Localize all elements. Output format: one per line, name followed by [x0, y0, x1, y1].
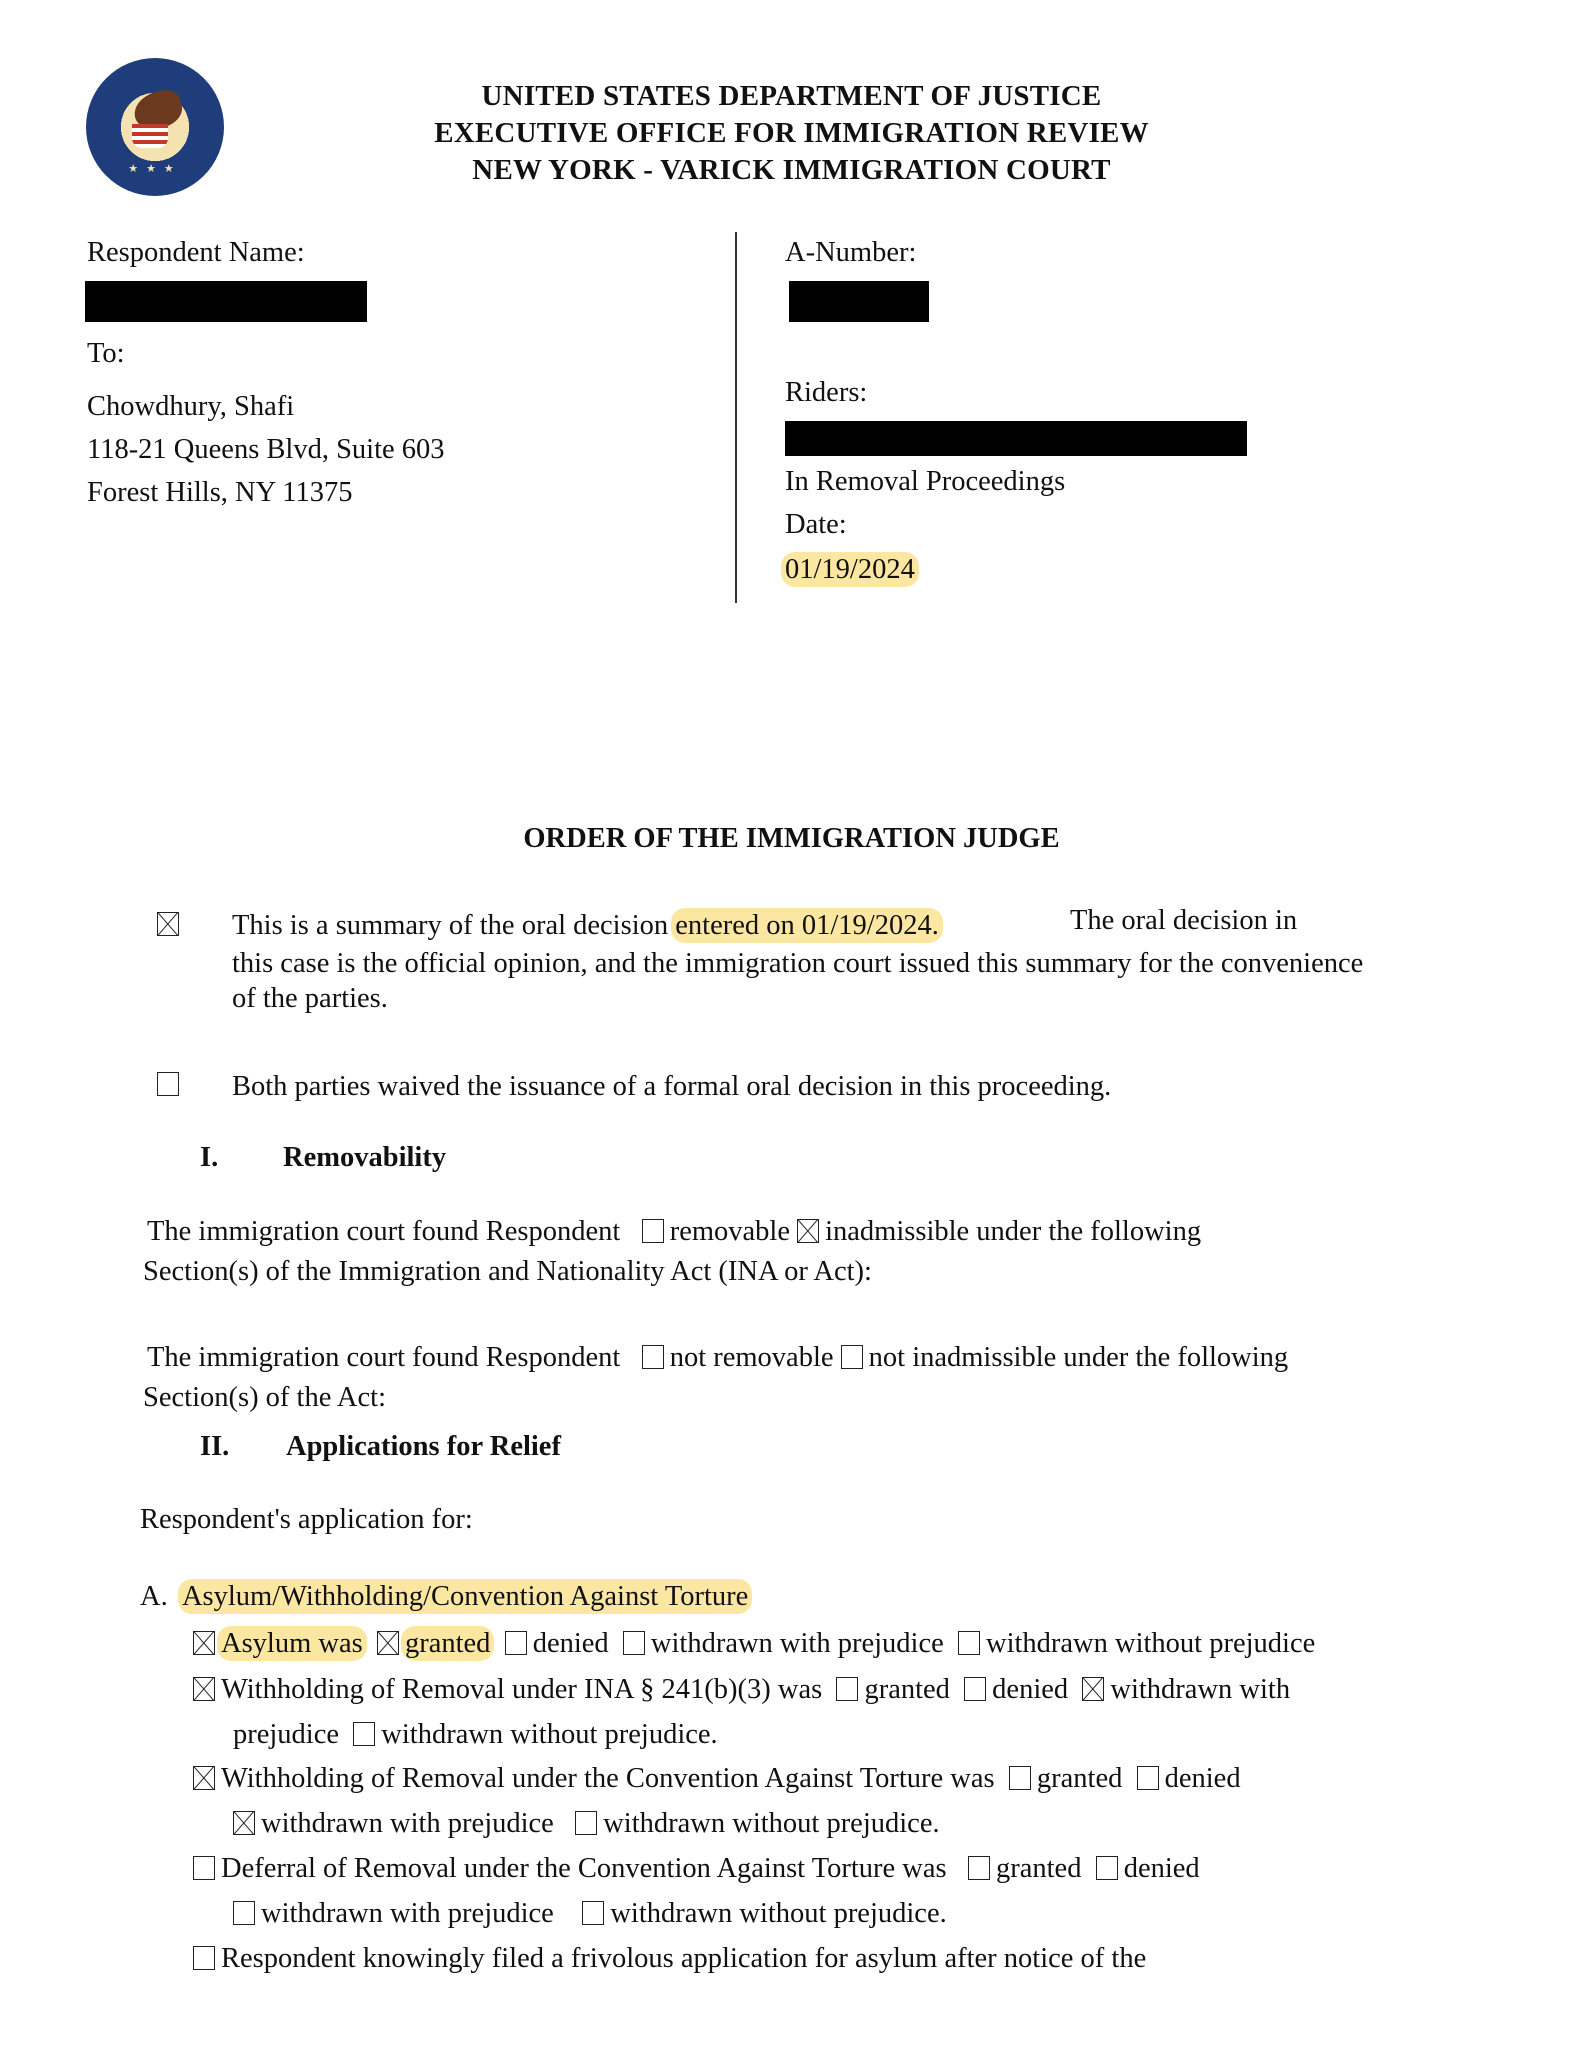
order-title: ORDER OF THE IMMIGRATION JUDGE — [0, 825, 1583, 854]
summary-line-1-end: The oral decision in — [1070, 907, 1297, 936]
withholding-cat-row-2: withdrawn with prejudice withdrawn witho… — [233, 1810, 940, 1839]
withholding-ina-withdrawn-without-label: withdrawn without prejudice. — [381, 1719, 717, 1750]
removability-line-2: Section(s) of the Immigration and Nation… — [143, 1258, 872, 1287]
withholding-ina-withdrawn-without-checkbox[interactable] — [353, 1722, 375, 1746]
removable-label: removable — [670, 1216, 790, 1247]
deferral-cat-row: Deferral of Removal under the Convention… — [193, 1855, 1200, 1884]
asylum-granted-checkbox[interactable] — [377, 1631, 399, 1655]
frivolous-label: Respondent knowingly filed a frivolous a… — [221, 1943, 1146, 1974]
deferral-cat-row-2: withdrawn with prejudice withdrawn witho… — [233, 1900, 947, 1929]
summary-line-2: this case is the official opinion, and t… — [232, 950, 1363, 979]
a-number-label: A-Number: — [785, 239, 916, 268]
asylum-row: Asylum was granted denied withdrawn with… — [193, 1630, 1315, 1659]
withholding-ina-granted-checkbox[interactable] — [836, 1677, 858, 1701]
checked-box-icon — [157, 912, 179, 936]
withholding-ina-denied-checkbox[interactable] — [964, 1677, 986, 1701]
withholding-ina-label: Withholding of Removal under INA § 241(b… — [221, 1674, 822, 1705]
date-value: 01/19/2024 — [785, 556, 915, 585]
not-removable-label: not removable — [670, 1342, 834, 1373]
asylum-denied-label: denied — [533, 1628, 609, 1659]
to-label: To: — [87, 340, 125, 369]
withholding-ina-withdrawn-with-label: withdrawn with — [1110, 1674, 1290, 1705]
withholding-ina-row: Withholding of Removal under INA § 241(b… — [193, 1676, 1290, 1705]
removability-line-1: The immigration court found Respondent r… — [147, 1218, 1201, 1247]
asylum-withdrawn-with-checkbox[interactable] — [623, 1631, 645, 1655]
not-removable-line-1: The immigration court found Respondent n… — [147, 1344, 1288, 1373]
withholding-ina-row-2: prejudice withdrawn without prejudice. — [233, 1721, 718, 1750]
section-1-numeral: I. — [200, 1144, 218, 1173]
summary-checkbox[interactable] — [157, 912, 185, 938]
relief-a-label: A. — [140, 1581, 168, 1612]
withholding-cat-checkbox[interactable] — [193, 1766, 215, 1790]
deferral-cat-denied-checkbox[interactable] — [1096, 1856, 1118, 1880]
withholding-cat-withdrawn-without-label: withdrawn without prejudice. — [603, 1808, 939, 1839]
address-street: 118-21 Queens Blvd, Suite 603 — [87, 436, 445, 465]
header-line-1: UNITED STATES DEPARTMENT OF JUSTICE — [0, 80, 1583, 113]
proceedings-text: In Removal Proceedings — [785, 468, 1065, 497]
withholding-cat-denied-checkbox[interactable] — [1137, 1766, 1159, 1790]
frivolous-checkbox[interactable] — [193, 1946, 215, 1970]
waived-text: Both parties waived the issuance of a fo… — [232, 1073, 1111, 1102]
asylum-checkbox[interactable] — [193, 1631, 215, 1655]
deferral-cat-withdrawn-without-label: withdrawn without prejudice. — [610, 1898, 946, 1929]
deferral-cat-checkbox[interactable] — [193, 1856, 215, 1880]
summary-line-1: This is a summary of the oral decision e… — [232, 912, 939, 941]
column-divider — [735, 232, 737, 603]
deferral-cat-denied-label: denied — [1124, 1853, 1200, 1884]
deferral-cat-withdrawn-without-checkbox[interactable] — [582, 1901, 604, 1925]
asylum-granted-label: granted — [401, 1626, 494, 1661]
section-2-title: Applications for Relief — [286, 1433, 561, 1462]
deferral-cat-granted-label: granted — [996, 1853, 1081, 1884]
address-name: Chowdhury, Shafi — [87, 393, 294, 422]
deferral-cat-withdrawn-with-label: withdrawn with prejudice — [261, 1898, 554, 1929]
withholding-cat-denied-label: denied — [1165, 1763, 1241, 1794]
removable-checkbox[interactable] — [642, 1219, 664, 1243]
withholding-ina-withdrawn-with-checkbox[interactable] — [1082, 1677, 1104, 1701]
inadmissible-label: inadmissible under the following — [825, 1216, 1201, 1247]
relief-a-heading: A. Asylum/Withholding/Convention Against… — [140, 1583, 748, 1612]
application-intro: Respondent's application for: — [140, 1506, 473, 1535]
section-2-numeral: II. — [200, 1433, 229, 1462]
withholding-cat-granted-label: granted — [1037, 1763, 1122, 1794]
deferral-cat-label: Deferral of Removal under the Convention… — [221, 1853, 947, 1884]
asylum-withdrawn-with-label: withdrawn with prejudice — [651, 1628, 944, 1659]
withholding-cat-withdrawn-with-label: withdrawn with prejudice — [261, 1808, 554, 1839]
riders-redaction — [785, 421, 1247, 456]
asylum-withdrawn-without-label: withdrawn without prejudice — [986, 1628, 1315, 1659]
withholding-ina-granted-label: granted — [864, 1674, 949, 1705]
date-highlight: 01/19/2024 — [781, 552, 919, 587]
header-line-3: NEW YORK - VARICK IMMIGRATION COURT — [0, 154, 1583, 187]
withholding-cat-granted-checkbox[interactable] — [1009, 1766, 1031, 1790]
empty-box-icon — [157, 1072, 179, 1096]
respondent-name-redaction — [85, 281, 367, 322]
frivolous-row: Respondent knowingly filed a frivolous a… — [193, 1945, 1146, 1974]
a-number-redaction — [789, 281, 929, 322]
withholding-ina-denied-label: denied — [992, 1674, 1068, 1705]
riders-label: Riders: — [785, 379, 867, 408]
waived-checkbox[interactable] — [157, 1072, 185, 1098]
found-prefix: The immigration court found Respondent — [147, 1216, 620, 1247]
summary-date-highlight: entered on 01/19/2024. — [671, 908, 943, 943]
asylum-denied-checkbox[interactable] — [505, 1631, 527, 1655]
withholding-cat-withdrawn-without-checkbox[interactable] — [575, 1811, 597, 1835]
header-line-2: EXECUTIVE OFFICE FOR IMMIGRATION REVIEW — [0, 117, 1583, 150]
date-label: Date: — [785, 511, 847, 540]
address-city: Forest Hills, NY 11375 — [87, 479, 352, 508]
section-1-title: Removability — [283, 1144, 446, 1173]
asylum-withdrawn-without-checkbox[interactable] — [958, 1631, 980, 1655]
asylum-label: Asylum was — [217, 1626, 367, 1661]
summary-line-3: of the parties. — [232, 985, 388, 1014]
inadmissible-checkbox[interactable] — [797, 1219, 819, 1243]
not-inadmissible-label: not inadmissible under the following — [869, 1342, 1289, 1373]
withholding-ina-checkbox[interactable] — [193, 1677, 215, 1701]
not-inadmissible-checkbox[interactable] — [841, 1345, 863, 1369]
withholding-cat-label: Withholding of Removal under the Convent… — [221, 1763, 995, 1794]
withholding-ina-cont: prejudice — [233, 1719, 339, 1750]
found-prefix: The immigration court found Respondent — [147, 1342, 620, 1373]
summary-text: This is a summary of the oral decision — [232, 910, 668, 941]
respondent-name-label: Respondent Name: — [87, 239, 305, 268]
deferral-cat-granted-checkbox[interactable] — [968, 1856, 990, 1880]
not-removable-checkbox[interactable] — [642, 1345, 664, 1369]
not-removable-line-2: Section(s) of the Act: — [143, 1384, 386, 1413]
relief-a-title: Asylum/Withholding/Convention Against To… — [178, 1579, 752, 1614]
deferral-cat-withdrawn-with-checkbox[interactable] — [233, 1901, 255, 1925]
withholding-cat-withdrawn-with-checkbox[interactable] — [233, 1811, 255, 1835]
withholding-cat-row: Withholding of Removal under the Convent… — [193, 1765, 1241, 1794]
